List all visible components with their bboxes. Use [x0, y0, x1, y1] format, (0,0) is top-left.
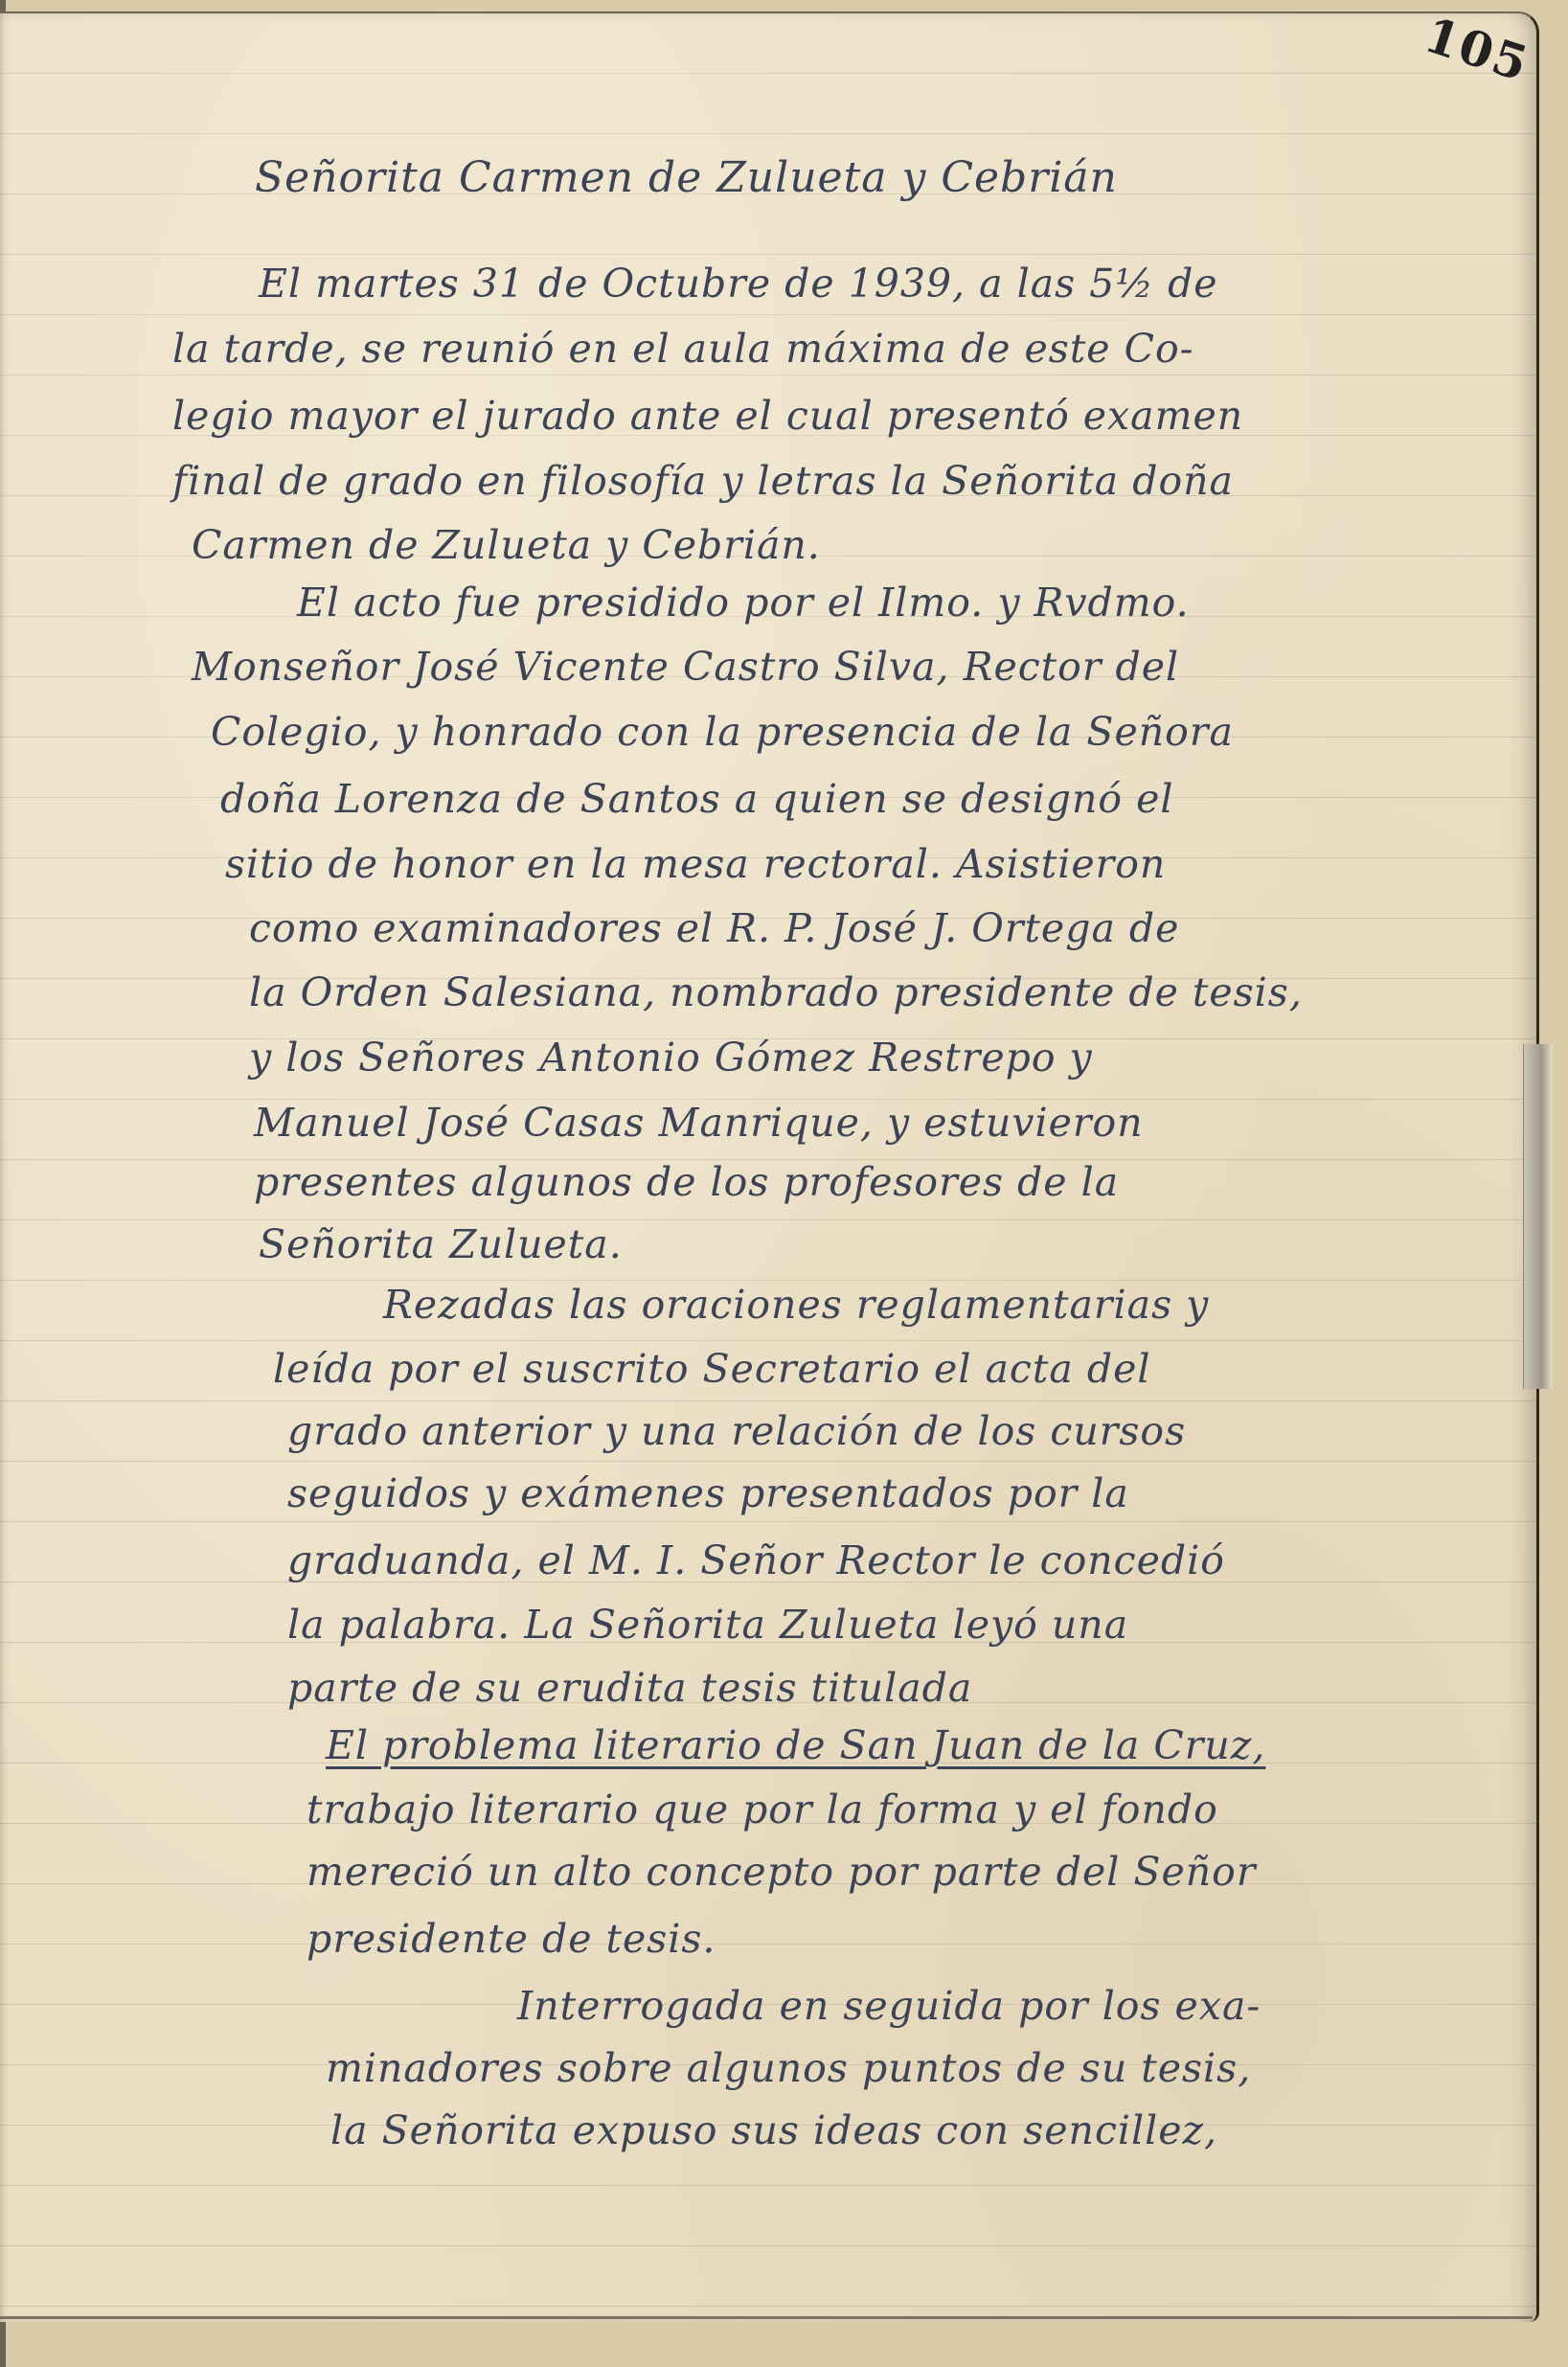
- text-line: El acto fue presidido por el Ilmo. y Rvd…: [297, 580, 1190, 626]
- text-line: mereció un alto concepto por parte del S…: [307, 1849, 1256, 1895]
- text-line: sitio de honor en la mesa rectoral. Asis…: [225, 841, 1166, 887]
- text-line: trabajo literario que por la forma y el …: [307, 1787, 1218, 1832]
- text-line: grado anterior y una relación de los cur…: [287, 1408, 1186, 1454]
- text-line: Monseñor José Vicente Castro Silva, Rect…: [192, 644, 1179, 690]
- torn-page-edge: [1523, 1044, 1553, 1389]
- text-line: graduanda, el M. I. Señor Rector le conc…: [287, 1537, 1225, 1583]
- text-line: Colegio, y honrado con la presencia de l…: [211, 709, 1234, 755]
- text-line: la Señorita expuso sus ideas con sencill…: [330, 2107, 1217, 2153]
- text-line: presidente de tesis.: [307, 1916, 716, 1962]
- text-line: y los Señores Antonio Gómez Restrepo y: [249, 1035, 1093, 1081]
- text-line: la palabra. La Señorita Zulueta leyó una: [287, 1602, 1128, 1648]
- text-line: la tarde, se reunió en el aula máxima de…: [172, 326, 1194, 372]
- text-line: minadores sobre algunos puntos de su tes…: [326, 2045, 1251, 2091]
- text-line: Interrogada en seguida por los exa-: [517, 1983, 1261, 2029]
- text-line: final de grado en filosofía y letras la …: [172, 458, 1234, 504]
- text-line: como examinadores el R. P. José J. Orteg…: [249, 905, 1179, 951]
- text-line: Carmen de Zulueta y Cebrián.: [192, 522, 821, 568]
- text-line: legio mayor el jurado ante el cual prese…: [172, 393, 1243, 439]
- text-line: Señorita Zulueta.: [259, 1221, 623, 1267]
- text-line: El martes 31 de Octubre de 1939, a las 5…: [259, 261, 1218, 307]
- text-line: Manuel José Casas Manrique, y estuvieron: [254, 1100, 1144, 1146]
- text-line: doña Lorenza de Santos a quien se design…: [220, 776, 1173, 822]
- text-line: Rezadas las oraciones reglamentarias y: [383, 1282, 1209, 1328]
- text-line: seguidos y exámenes presentados por la: [287, 1470, 1129, 1516]
- text-line: la Orden Salesiana, nombrado presidente …: [249, 969, 1303, 1015]
- document-title: Señorita Carmen de Zulueta y Cebrián: [255, 153, 1118, 202]
- thesis-title-line: El problema literario de San Juan de la …: [326, 1722, 1265, 1768]
- text-line: presentes algunos de los profesores de l…: [254, 1159, 1119, 1205]
- text-line: parte de su erudita tesis titulada: [287, 1665, 972, 1711]
- page-bottom-edge: [0, 2316, 1533, 2319]
- text-line: leída por el suscrito Secretario el acta…: [273, 1346, 1150, 1392]
